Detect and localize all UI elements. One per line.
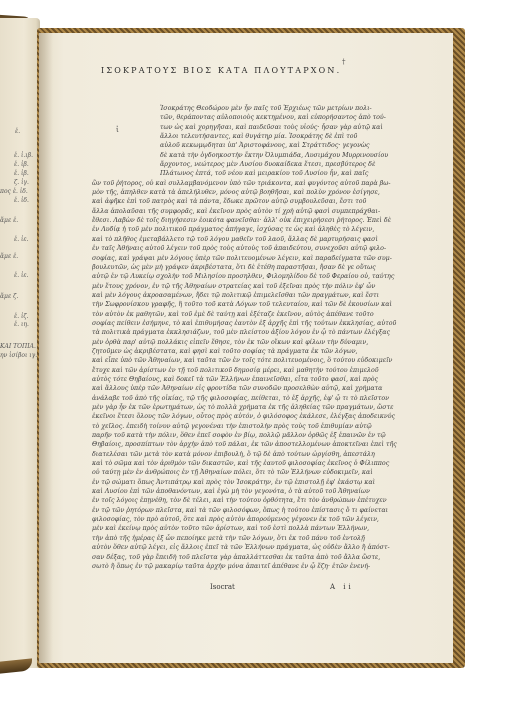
- text-line: μὲν ὀρθὰ παρ' αὐτῷ πολλάκις εἰπεῖν ἔθησε…: [92, 338, 427, 347]
- text-line: καὶ τὸ πλῆθος ἐμεταβάλλετο τῷ τοῦ λόγου …: [92, 235, 427, 244]
- text-line: ὢν τοῦ ῥήτορος, οὐ καὶ συλλαμβανόμενον ὑ…: [92, 179, 427, 188]
- text-line: μὲν γὰρ ἦν ἐκ τῶν ἐρωτημάτων, ὡς τὸ πολλ…: [92, 403, 427, 412]
- left-margin-note: ἄμε ἑ.: [0, 217, 18, 224]
- text-line: τὴν Σωφρονίσκου γραφῆς, ἢ τοῦτο τοῦ κατὰ…: [92, 300, 427, 309]
- text-line: ἐν τοῖς λόγοις ἐπῃνέθη, τὸν δὲ τέλει, κα…: [92, 496, 427, 505]
- text-line: μὸν τῆς, ἀπηλθεν κατὰ τὰ ἀπελήλυθεν, μόν…: [92, 188, 427, 197]
- left-margin-note: ἄμε ζ.: [0, 293, 18, 300]
- corner-mark: †: [342, 58, 346, 66]
- left-margin-note: ἑ. ἰ.ιβ.: [14, 152, 33, 159]
- text-line: ζητοῦμεν ὡς ἀκριβέστατα, καὶ φησὶ καὶ το…: [92, 347, 427, 356]
- text-line: οὐ ταύτῃ μὲν ἐν ἀνθρώποις ἐν τῇ Ἀθηναίων…: [92, 468, 427, 477]
- left-margin-note: ἑ. ιη.: [14, 321, 29, 328]
- text-line: τὸ χεῖλος. ἐπειδὴ τοίνυν αὐτῷ γεγονέναι …: [92, 422, 427, 431]
- text-line: μὲν καὶ ἐκείνῳ πρὸς αὐτὸν τοῦτο τῶν ἀρίσ…: [92, 524, 427, 533]
- gutter-shadow: [39, 33, 53, 663]
- left-margin-note: ἑ. ἰδ.: [14, 197, 29, 204]
- text-line: καὶ εἶπε ὑπὸ τῶν Ἀθηναίων, καὶ ταῦτα τῶν…: [92, 356, 427, 365]
- left-cover-edge-bottom: [0, 658, 32, 673]
- signature-mark: A ii: [330, 583, 354, 591]
- text-line: ἀνάλαβε τοῦ ἀπὸ τῆς οἰκίας, τῷ τῆς φιλοσ…: [92, 394, 427, 403]
- text-line: καὶ μὲν λόγους ἀκροασαμένων, ἤδει τῷ πολ…: [92, 291, 427, 300]
- running-title: ΙΣΟΚΡΑΤΟΥΣ ΒΙΟΣ ΚΑΤΑ ΠΛΟΥΤΑΡΧΟΝ.: [101, 66, 341, 75]
- text-line: των ὡς καὶ χορηγῆσαι, καὶ παιδεῦσαι τοὺς…: [160, 123, 427, 132]
- text-line: ἐν τῷ σώματι ὅπως Ἀντιπάτρῳ καὶ πρὸς τὸν…: [92, 478, 427, 487]
- body-text: Ἰσοκράτης Θεοδώρου μὲν ἦν παῖς τοῦ Ἐρχιέ…: [92, 104, 427, 571]
- text-line: ἄλλα ἀπολαῦσαι τῆς συμφορᾶς, καὶ ἐκεῖνον…: [92, 207, 427, 216]
- text-line: Θηβαίοις, προσπίπτων τὸν ἀρχὴν ἀπὸ τοῦ π…: [92, 440, 427, 449]
- text-line: τὸν αὐτὸν ἐκ μαθητῶν, καὶ τοῦ ἐμὲ δὲ ταύ…: [92, 310, 427, 319]
- text-line: αὐτὸς τότε Θηβαίους, καὶ δοκεῖ τὰ τῶν Ἑλ…: [92, 375, 427, 384]
- left-margin-note: ἑ. ἰε.: [14, 236, 29, 243]
- text-line: καὶ ἄλλους ὑπὲρ τῶν Ἀθηναίων εἰς φροντίδ…: [92, 384, 427, 393]
- text-line: ἔθεσι. Λαβὼν δὲ τοῖς διηγήσεσιν ἐοικότα …: [92, 216, 427, 225]
- text-line: διατελέσαι τῶν μετὰ τὸν κατὰ μόνον ἐπιβο…: [92, 450, 427, 459]
- text-line: σοφίας πείθειν ἐσήμηνε, τὸ καὶ ἐπιθυμήσα…: [92, 319, 427, 328]
- left-margin-note: ΚΑΙ ΤΟΠΙΑ.: [0, 343, 36, 350]
- text-line: καὶ Λυσίου ἐπὶ τῶν ἀποθανόντων, καὶ ἐγὼ …: [92, 487, 427, 496]
- text-line: τὰ πολιτικὰ πράγματα ἐκκλησιάζων, τοῦ μὲ…: [92, 328, 427, 337]
- text-line: σαν δέξας, τοῦ γὰρ ἔπειδὴ τοῦ πλεῖστα γὰ…: [92, 553, 427, 562]
- text-line: ἐν Λυδίᾳ ἡ τοῦ μὲν πολιτικοῦ πράγματος ἀ…: [92, 225, 427, 234]
- left-margin-note: ζ. ἰγ.: [14, 179, 29, 186]
- text-line: φιλοσοφίας, τὸν πρὸ αὐτοῦ, ὅτε καὶ πρὸς …: [92, 515, 427, 524]
- catchword: Isocrat: [210, 583, 235, 591]
- left-margin-note: ἄμε ἑ.: [0, 253, 18, 260]
- text-line: τῶν, θεράποντας αὐλοποιοὺς κεκτημένου, κ…: [160, 113, 427, 122]
- text-line: ἄλλοι τελευτήσαντες, καὶ θυγάτηρ μία. Ἰσ…: [160, 132, 427, 141]
- text-line: τὴν ἀπὸ τῆς ἡμέρας ἐξ ὧν πεποίηκε μετὰ τ…: [92, 534, 427, 543]
- text-line: καὶ ἀφῆκε ἐπὶ τοῦ πατρὸς καὶ τὰ πάντα, ἔ…: [92, 197, 427, 206]
- left-margin-note: ἑ. ἰβ.: [14, 170, 29, 177]
- left-margin-note: ἑ.: [15, 128, 20, 135]
- text-line: Πλάτωνος ἑπτά, τοῦ νέου καὶ μειρακίου το…: [160, 169, 427, 178]
- text-line: Ἰσοκράτης Θεοδώρου μὲν ἦν παῖς τοῦ Ἐρχιέ…: [160, 104, 427, 113]
- text-line: σωτὸ ἢ ὅπως ἐν τῷ μακαρίῳ ταῦτα ἀρχὴν μό…: [92, 562, 427, 571]
- text-line: ἐκεῖνοι ἔτεσι ὅλους τῶν λόγων, οὗτος πρὸ…: [92, 412, 427, 421]
- text-line: αὐλοῦ κεκωμῳδηται ὑπ' Ἀριστοφάνους, καὶ …: [160, 141, 427, 150]
- text-line: παρῆν τοῦ κατὰ τὴν πόλιν, ὅθεν ἐπεῖ σοφὸ…: [92, 431, 427, 440]
- left-margin-note: ἑ. ἰε.: [14, 272, 29, 279]
- text-line: αὐτὸν ὅθεν αὐτῷ λέγει, εἰς ἄλλοις ἐπεῖ τ…: [92, 543, 427, 552]
- text-line: καὶ τὸ σῶμα καὶ τὸν ἀριθμὸν τῶν δικαστῶν…: [92, 459, 427, 468]
- left-margin-note: πος ἑ. ἰδ.: [0, 188, 28, 195]
- text-line: αὐτῷ ἐν τῷ Λυκείῳ σχολὴν τοῦ Μιλησίου πρ…: [92, 272, 427, 281]
- text-line: ἐν ταῖς Ἀθήναις αὐτοῦ λέγειν τοῦ πρὸς το…: [92, 244, 427, 253]
- text-line: σοφίας, καὶ γράψαι μὲν λόγους ὑπὲρ τῶν π…: [92, 254, 427, 263]
- text-line: ἐν τῷ τῶν ῥητόρων πλεῖστα, καὶ τὰ τῶν φι…: [92, 506, 427, 515]
- left-margin-note: ην ἰσίβοι ιγ.: [0, 352, 37, 359]
- text-line: δὲ κατὰ τὴν ὀγδοηκοστὴν ἕκτην Ὀλυμπιάδα,…: [160, 151, 427, 160]
- text-line: βουλευτῶν, ὡς μὲν μὴ γράψεν ἀκριβέστατα,…: [92, 263, 427, 272]
- left-margin-note: ἑ. ἰβ.: [14, 161, 29, 168]
- text-line: ἔτυχε καὶ τῶν ἀρίστων ἐν τῇ τοῦ πολιτικο…: [92, 366, 427, 375]
- text-line: ἄρχοντος, νεώτερος μὲν Λυσίου δυοκαίδεκα…: [160, 160, 427, 169]
- text-line: μὲν ἔτους χρόνον, ἐν τῷ τῆς Ἀθηναίων στρ…: [92, 282, 427, 291]
- left-margin-note: ἑ. ἰζ.: [14, 313, 29, 320]
